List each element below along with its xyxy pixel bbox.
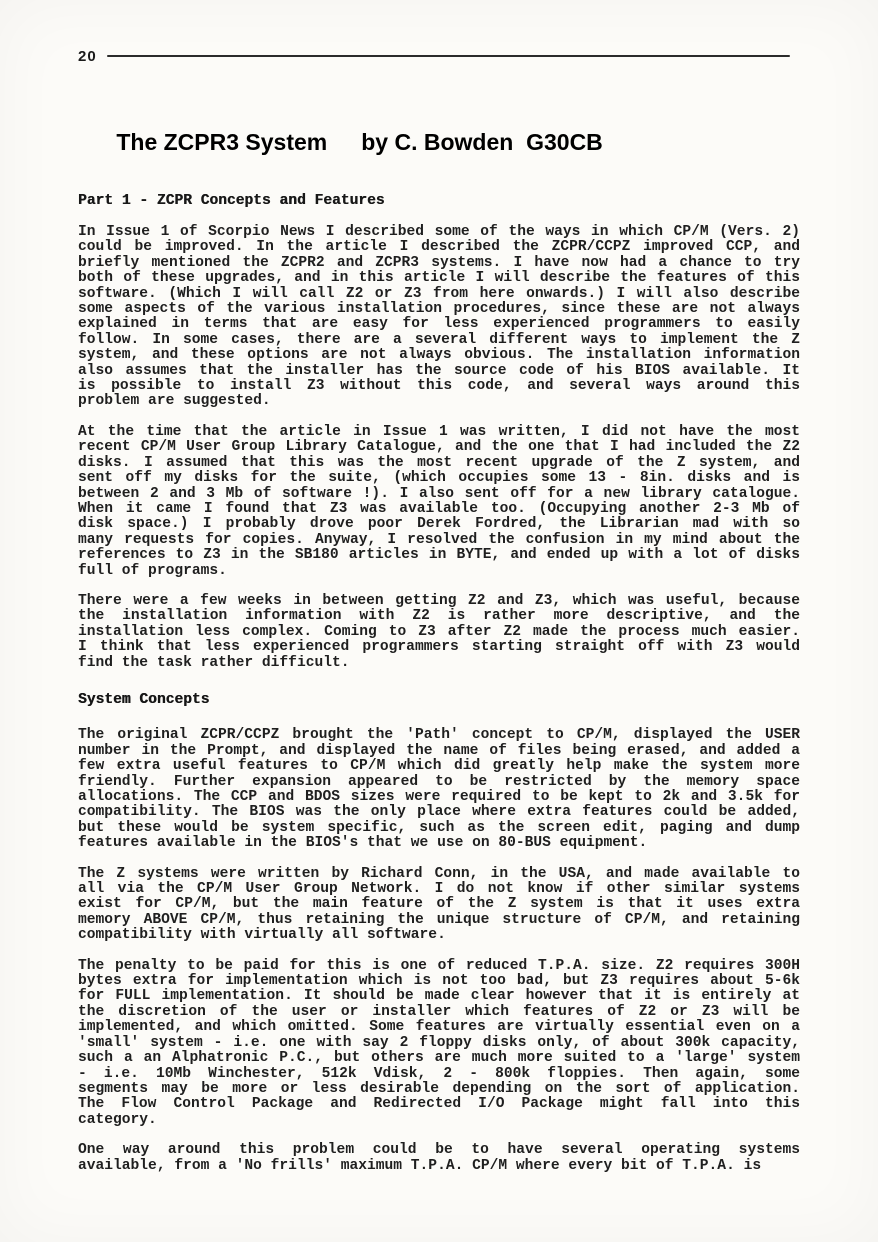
article-title: The ZCPR3 System	[116, 129, 327, 155]
horizontal-rule	[107, 55, 790, 57]
text-line: I think that less experienced programmer…	[78, 640, 800, 655]
text-line: bytes extra for implementation which is …	[78, 974, 800, 989]
text-line: also assumes that the installer has the …	[78, 364, 800, 379]
text-line: 'small' system - i.e. one with say 2 flo…	[78, 1036, 800, 1051]
paragraph: At the time that the article in Issue 1 …	[78, 425, 800, 579]
text-line: installation less complex. Coming to Z3 …	[78, 625, 800, 640]
text-line: both of these upgrades, and in this arti…	[78, 271, 800, 286]
text-line: problem are suggested.	[78, 394, 800, 409]
paragraph: The penalty to be paid for this is one o…	[78, 959, 800, 1128]
text-line: allocations. The CCP and BDOS sizes were…	[78, 790, 800, 805]
text-line: find the task rather difficult.	[78, 656, 800, 671]
text-line: The original ZCPR/CCPZ brought the 'Path…	[78, 728, 800, 743]
text-line: When it came I found that Z3 was availab…	[78, 502, 800, 517]
text-line: exist for CP/M, but the main feature of …	[78, 897, 800, 912]
text-line: many requests for copies. Anyway, I reso…	[78, 533, 800, 548]
text-line: One way around this problem could be to …	[78, 1143, 800, 1158]
text-line: The Z systems were written by Richard Co…	[78, 867, 800, 882]
text-line: briefly mentioned the ZCPR2 and ZCPR3 sy…	[78, 256, 800, 271]
text-line: is possible to install Z3 without this c…	[78, 379, 800, 394]
text-line: disk space.) I probably drove poor Derek…	[78, 517, 800, 532]
text-line: for FULL implementation. It should be ma…	[78, 989, 800, 1004]
text-line: system, and these options are not always…	[78, 348, 800, 363]
text-line: available, from a 'No frills' maximum T.…	[78, 1159, 800, 1174]
text-line: but these would be system specific, such…	[78, 821, 800, 836]
text-line: recent CP/M User Group Library Catalogue…	[78, 440, 800, 455]
page-content: 20 The ZCPR3 Systemby C. Bowden G30CB Pa…	[78, 48, 800, 1189]
text-line: features available in the BIOS's that we…	[78, 836, 800, 851]
text-line: - i.e. 10Mb Winchester, 512k Vdisk, 2 - …	[78, 1067, 800, 1082]
text-line: full of programs.	[78, 564, 800, 579]
text-line: There were a few weeks in between gettin…	[78, 594, 800, 609]
text-line: In Issue 1 of Scorpio News I described s…	[78, 225, 800, 240]
text-line: some aspects of the various installation…	[78, 302, 800, 317]
text-line: friendly. Further expansion appeared to …	[78, 775, 800, 790]
page-number: 20	[78, 48, 97, 65]
paragraph: The Z systems were written by Richard Co…	[78, 867, 800, 944]
text-line: explained in terms that are easy for les…	[78, 317, 800, 332]
text-line: follow. In some cases, there are a sever…	[78, 333, 800, 348]
text-line: such a an Alphatronic P.C., but others a…	[78, 1051, 800, 1066]
text-line: references to Z3 in the SB180 articles i…	[78, 548, 800, 563]
text-line: could be improved. In the article I desc…	[78, 240, 800, 255]
paragraph: The original ZCPR/CCPZ brought the 'Path…	[78, 728, 800, 851]
text-line: all via the CP/M User Group Network. I d…	[78, 882, 800, 897]
article-title-row: The ZCPR3 Systemby C. Bowden G30CB	[78, 103, 800, 181]
scanned-document-page: 20 The ZCPR3 Systemby C. Bowden G30CB Pa…	[0, 0, 878, 1242]
part-heading: Part 1 - ZCPR Concepts and Features	[78, 193, 800, 209]
paragraph: In Issue 1 of Scorpio News I described s…	[78, 225, 800, 410]
paragraph: One way around this problem could be to …	[78, 1143, 800, 1174]
text-line: The penalty to be paid for this is one o…	[78, 959, 800, 974]
text-line: number in the Prompt, and displayed the …	[78, 744, 800, 759]
text-line: the discretion of the user or installer …	[78, 1005, 800, 1020]
text-line: compatibility with virtually all softwar…	[78, 928, 800, 943]
text-line: compatibility. The BIOS was the only pla…	[78, 805, 800, 820]
text-line: few extra useful features to CP/M which …	[78, 759, 800, 774]
text-line: disks. I assumed that this was the most …	[78, 456, 800, 471]
text-line: At the time that the article in Issue 1 …	[78, 425, 800, 440]
section-heading: System Concepts	[78, 693, 800, 708]
text-line: the installation information with Z2 is …	[78, 609, 800, 624]
text-line: The Flow Control Package and Redirected …	[78, 1097, 800, 1112]
text-line: category.	[78, 1113, 800, 1128]
paragraph: There were a few weeks in between gettin…	[78, 594, 800, 671]
text-line: implemented, and which omitted. Some fea…	[78, 1020, 800, 1035]
text-line: software. (Which I will call Z2 or Z3 fr…	[78, 287, 800, 302]
article-body: In Issue 1 of Scorpio News I described s…	[78, 225, 800, 1174]
text-line: between 2 and 3 Mb of software !). I als…	[78, 487, 800, 502]
article-byline: by C. Bowden G30CB	[361, 129, 603, 155]
text-line: segments may be more or less desirable d…	[78, 1082, 800, 1097]
text-line: sent off my disks for the suite, (which …	[78, 471, 800, 486]
page-header: 20	[78, 48, 800, 64]
text-line: memory ABOVE CP/M, thus retaining the un…	[78, 913, 800, 928]
